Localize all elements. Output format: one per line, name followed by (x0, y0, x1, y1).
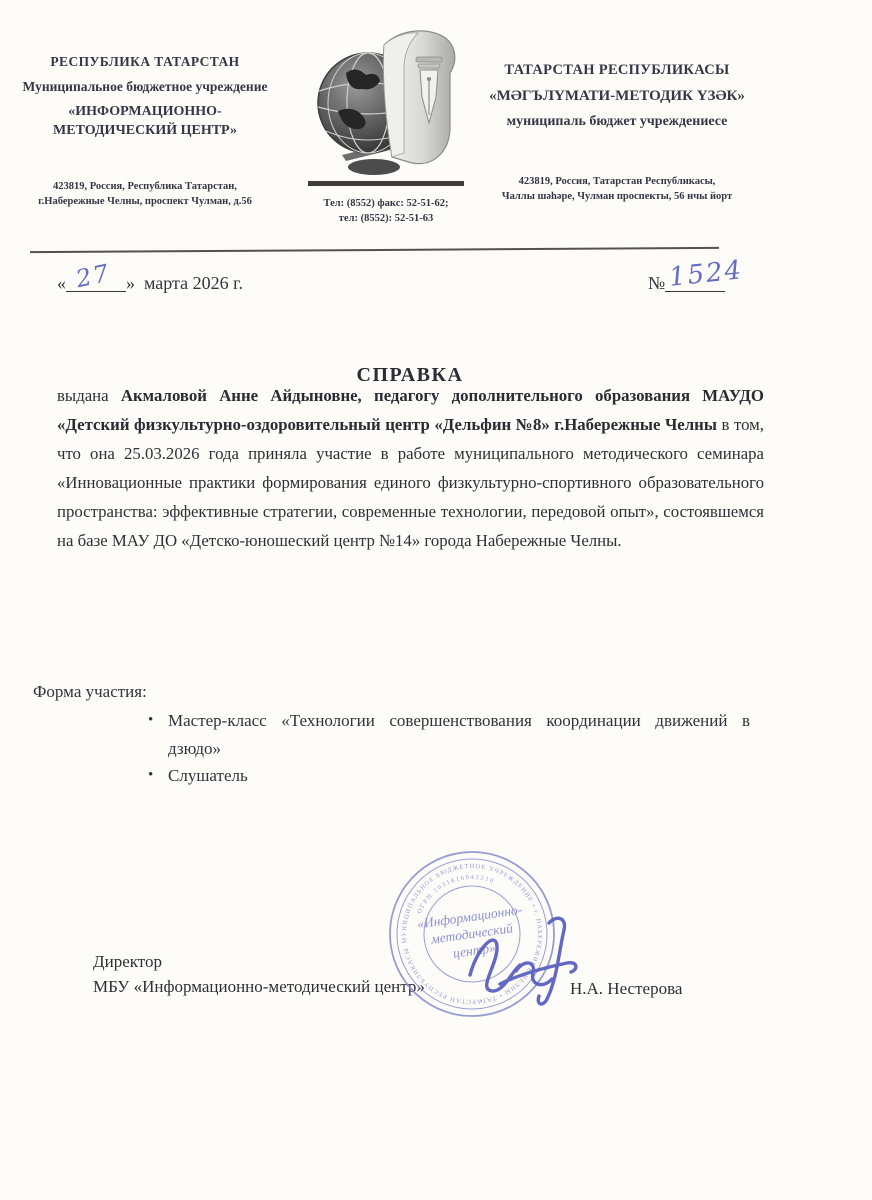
org-name-tt: «МӘГЪЛҮМАТИ-МЕТОДИК ҮЗӘК» (478, 88, 756, 105)
org-address-ru: 423819, Россия, Республика Татарстан, г.… (18, 179, 272, 209)
bullet-icon: • (148, 762, 153, 790)
header-right-tatar: ТАТАРСТАН РЕСПУБЛИКАСЫ «МӘГЪЛҮМАТИ-МЕТОД… (478, 62, 756, 204)
participation-list: • Мастер-класс «Технологии совершенствов… (146, 707, 750, 790)
date-day-slot: 27 (66, 271, 126, 292)
number-slot: 1524 (665, 271, 725, 292)
header-left-russian: РЕСПУБЛИКА ТАТАРСТАН Муниципальное бюдже… (18, 54, 272, 209)
certificate-document: РЕСПУБЛИКА ТАТАРСТАН Муниципальное бюдже… (0, 0, 872, 1200)
org-type-ru: Муниципальное бюджетное учреждение (18, 79, 272, 95)
handwritten-number: 1524 (668, 255, 745, 293)
signer-position-line-2: МБУ «Информационно-методический центр» (93, 974, 425, 999)
body-rest: в том, что она 25.03.2026 года приняла у… (57, 415, 764, 550)
org-type-tt: муниципаль бюджет учреждениесе (478, 114, 756, 130)
participation-item-2: Слушатель (168, 766, 248, 785)
org-address-tt-2: Чаллы шәһәре, Чулман проспекты, 56 нчы й… (478, 189, 756, 204)
org-region-tt: ТАТАРСТАН РЕСПУБЛИКАСЫ (478, 62, 756, 79)
contact-phones: Тел: (8552) факс: 52-51-62; тел: (8552):… (300, 196, 472, 226)
date-month-year: марта 2026 г. (144, 273, 243, 293)
phone-line: тел: (8552): 52-51-63 (300, 211, 472, 226)
org-address-tt: 423819, Россия, Татарстан Республикасы, … (478, 174, 756, 204)
body-lead: выдана (57, 386, 109, 405)
globe-pen-logo-icon (312, 27, 460, 179)
header-divider-line (30, 247, 719, 253)
date-open-quote: « (57, 273, 66, 293)
document-number-line: №1524 (648, 271, 725, 294)
list-item: • Мастер-класс «Технологии совершенствов… (146, 707, 750, 762)
handwritten-day: 27 (73, 259, 113, 294)
number-sign: № (648, 273, 665, 293)
signer-position: Директор МБУ «Информационно-методический… (93, 949, 425, 999)
recipient-name-bold: Акмаловой Анне Айдыновне, педагогу допол… (57, 386, 764, 434)
handwritten-signature (440, 903, 625, 1021)
org-name-ru-2: МЕТОДИЧЕСКИЙ ЦЕНТР» (18, 123, 272, 139)
org-address-ru-2: г.Набережные Челны, проспект Чулман, д.5… (18, 194, 272, 209)
bullet-icon: • (148, 707, 153, 735)
org-address-tt-1: 423819, Россия, Татарстан Республикасы, (478, 174, 756, 189)
date-line: «27» марта 2026 г. (57, 271, 243, 294)
phone-fax-line: Тел: (8552) факс: 52-51-62; (300, 196, 472, 211)
date-close-quote: » (126, 273, 135, 293)
org-name-ru-1: «ИНФОРМАЦИОННО- (18, 104, 272, 120)
body-paragraph: выдана Акмаловой Анне Айдыновне, педагог… (57, 381, 764, 555)
participation-item-1: Мастер-класс «Технологии совершенствован… (168, 711, 750, 758)
participation-label: Форма участия: (33, 682, 147, 702)
org-region-ru: РЕСПУБЛИКА ТАТАРСТАН (18, 54, 272, 70)
org-address-ru-1: 423819, Россия, Республика Татарстан, (18, 179, 272, 194)
logo-underline-bar (308, 181, 464, 186)
list-item: • Слушатель (146, 762, 750, 790)
signer-position-line-1: Директор (93, 949, 425, 974)
